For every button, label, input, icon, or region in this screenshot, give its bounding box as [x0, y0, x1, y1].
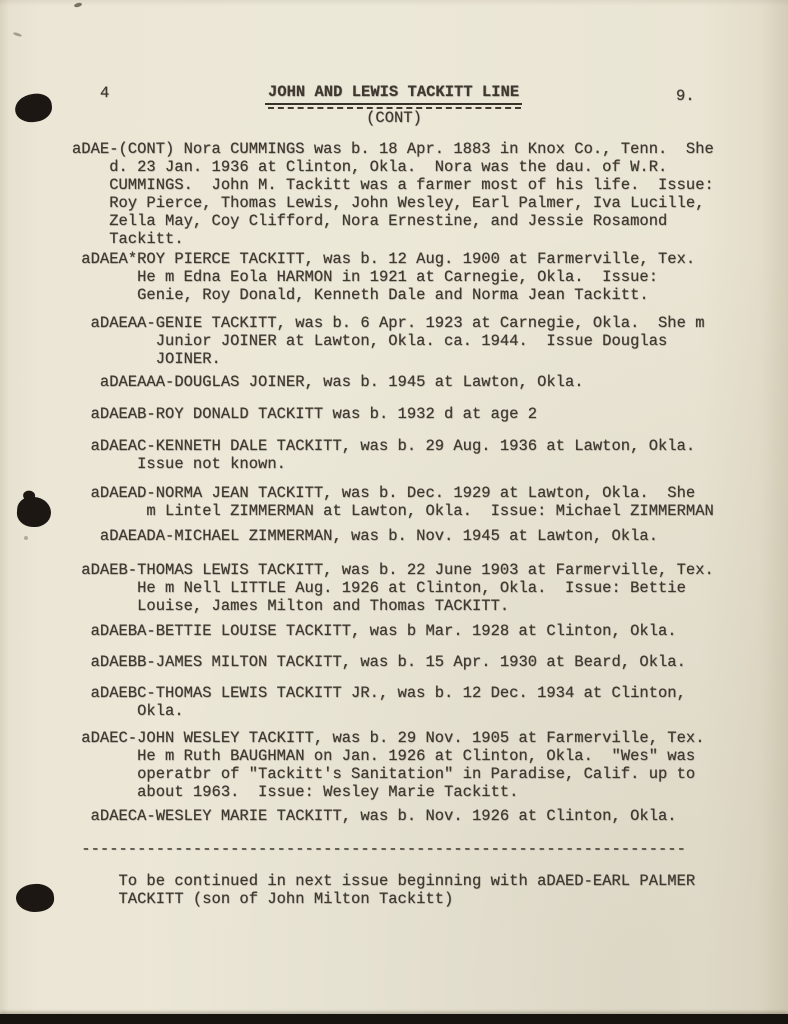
scan-edge-bottom — [0, 1014, 788, 1024]
genealogy-entry: aDAEBC-THOMAS LEWIS TACKITT JR., was b. … — [72, 684, 686, 720]
genealogy-entry: aDAEAD-NORMA JEAN TACKITT, was b. Dec. 1… — [72, 484, 714, 520]
page-subtitle: (CONT) — [268, 109, 520, 127]
genealogy-entry: aDAEC-JOHN WESLEY TACKITT, was b. 29 Nov… — [72, 729, 705, 801]
genealogy-entry: aDAECA-WESLEY MARIE TACKITT, was b. Nov.… — [72, 807, 677, 825]
genealogy-entry: aDAEAB-ROY DONALD TACKITT was b. 1932 d … — [72, 405, 537, 423]
page-number-left: 4 — [100, 84, 109, 102]
genealogy-entry: aDAEA*ROY PIERCE TACKITT, was b. 12 Aug.… — [72, 250, 695, 304]
genealogy-entry: aDAE-(CONT) Nora CUMMINGS was b. 18 Apr.… — [72, 140, 714, 248]
punch-hole-middle — [16, 496, 52, 528]
page-number-right: 9. — [676, 87, 695, 105]
separator-dashes: ----------------------------------------… — [72, 840, 686, 858]
paper-speck — [74, 2, 83, 8]
genealogy-entry: aDAEAA-GENIE TACKITT, was b. 6 Apr. 1923… — [72, 314, 705, 368]
genealogy-entry: aDAEAAA-DOUGLAS JOINER, was b. 1945 at L… — [72, 373, 584, 391]
scanned-document-page: 4 JOHN AND LEWIS TACKITT LINE (CONT) 9. … — [0, 0, 788, 1024]
genealogy-entry: aDAEAC-KENNETH DALE TACKITT, was b. 29 A… — [72, 437, 695, 473]
genealogy-entry: aDAEBB-JAMES MILTON TACKITT, was b. 15 A… — [72, 653, 686, 671]
genealogy-entry: aDAEBA-BETTIE LOUISE TACKITT, was b Mar.… — [72, 622, 677, 640]
paper-speck — [13, 32, 22, 38]
continuation-note: To be continued in next issue beginning … — [72, 872, 695, 908]
punch-hole-bottom — [15, 883, 55, 914]
page-title: JOHN AND LEWIS TACKITT LINE — [265, 83, 522, 105]
paper-speck — [24, 536, 28, 540]
genealogy-entry: aDAEADA-MICHAEL ZIMMERMAN, was b. Nov. 1… — [72, 527, 658, 545]
genealogy-entry: aDAEB-THOMAS LEWIS TACKITT, was b. 22 Ju… — [72, 561, 714, 615]
punch-hole-top — [13, 92, 53, 124]
